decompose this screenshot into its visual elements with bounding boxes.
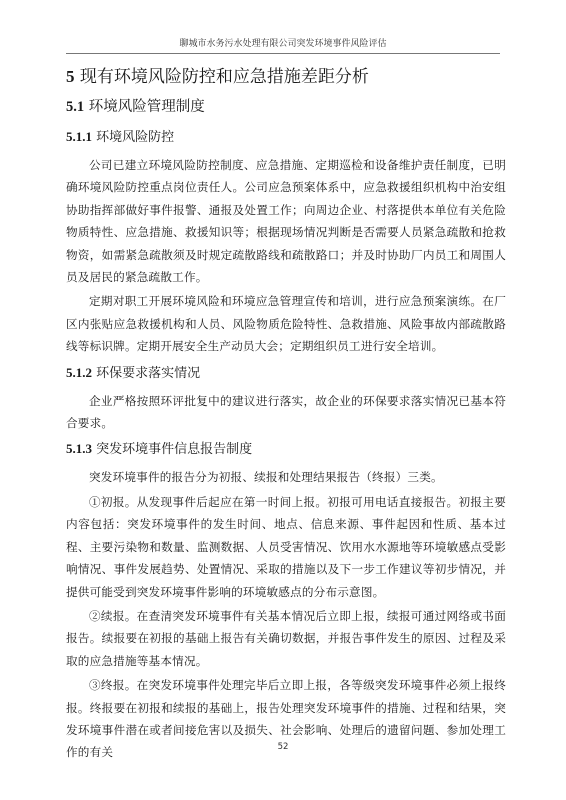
page-header: 聊城市水务污水处理有限公司突发环境事件风险评估 [66, 38, 500, 54]
header-title: 聊城市水务污水处理有限公司突发环境事件风险评估 [179, 39, 386, 49]
heading-title: 环保要求落实情况 [96, 366, 200, 381]
heading-number: 5.1 [66, 99, 84, 115]
heading-title: 环境风险防控 [96, 130, 174, 145]
paragraph-follow-up-report: ②续报。在查清突发环境事件有关基本情况后立即上报，续报可通过网络或书面报告。续报… [66, 605, 506, 672]
paragraph-training: 定期对职工开展环境风险和环境应急管理宣传和培训，进行应急预案演练。在厂区内张贴应… [66, 290, 506, 357]
document-body: 5 现有环境风险防控和应急措施差距分析 5.1 环境风险管理制度 5.1.1 环… [66, 66, 506, 766]
heading-number: 5.1.2 [66, 365, 92, 380]
heading-section-5-1: 5.1 环境风险管理制度 [66, 97, 506, 117]
heading-section-5-1-2: 5.1.2 环保要求落实情况 [66, 364, 506, 383]
heading-number: 5.1.1 [66, 129, 92, 144]
heading-number: 5 [66, 67, 75, 86]
paragraph-initial-report: ①初报。从发现事件后起应在第一时间上报。初报可用电话直接报告。初报主要内容包括：… [66, 491, 506, 603]
paragraph-env-requirements: 企业严格按照环评批复中的建议进行落实，故企业的环保要求落实情况已基本符合要求。 [66, 390, 506, 435]
heading-section-5-1-1: 5.1.1 环境风险防控 [66, 128, 506, 147]
heading-title: 突发环境事件信息报告制度 [96, 442, 252, 457]
heading-section-5: 5 现有环境风险防控和应急措施差距分析 [66, 66, 506, 88]
heading-title: 现有环境风险防控和应急措施差距分析 [80, 67, 369, 87]
paragraph-risk-control: 公司已建立环境风险防控制度、应急措施、定期巡检和设备维护责任制度，已明确环境风险… [66, 154, 506, 288]
heading-section-5-1-3: 5.1.3 突发环境事件信息报告制度 [66, 440, 506, 459]
paragraph-report-types: 突发环境事件的报告分为初报、续报和处理结果报告（终报）三类。 [66, 466, 506, 488]
heading-title: 环境风险管理制度 [89, 99, 205, 115]
page-number: 52 [0, 742, 566, 752]
heading-number: 5.1.3 [66, 441, 92, 456]
